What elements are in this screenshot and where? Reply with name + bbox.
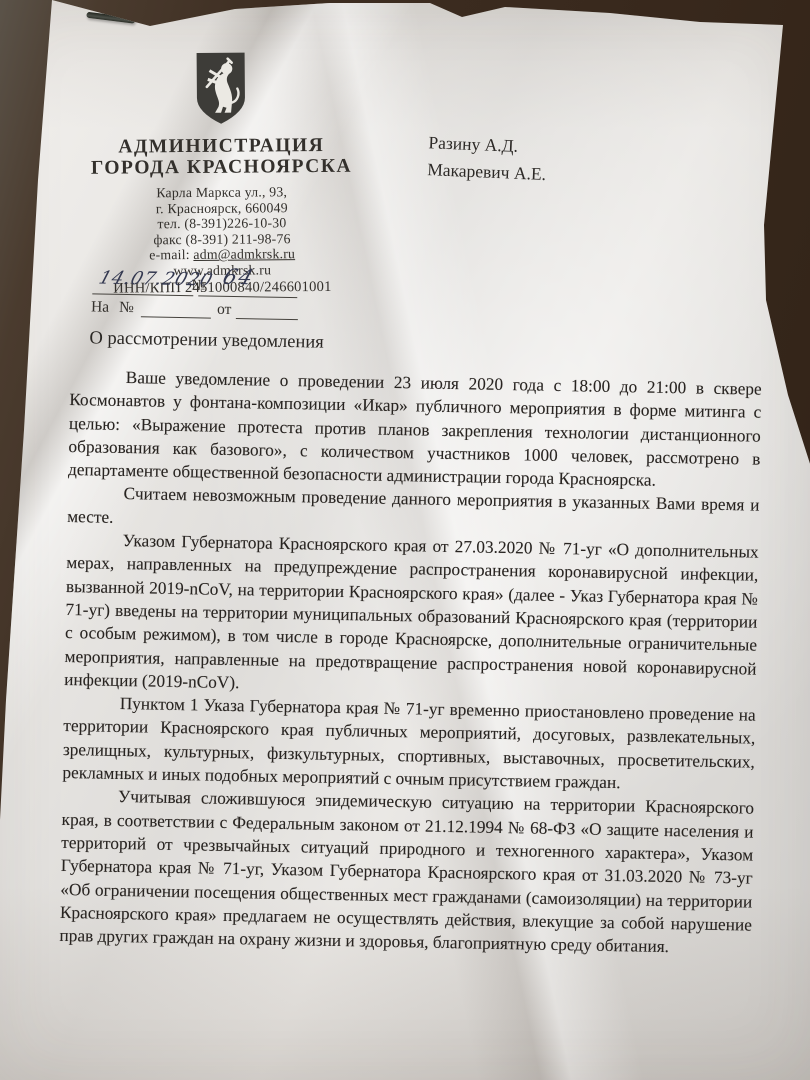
reply-no-sign: № xyxy=(119,299,134,316)
recipients-block: Разину А.Д. Макаревич А.Е. xyxy=(427,129,548,188)
document-paper: АДМИНИСТРАЦИЯ ГОРОДА КРАСНОЯРСКА Карла М… xyxy=(0,0,810,1080)
letterhead: АДМИНИСТРАЦИЯ ГОРОДА КРАСНОЯРСКА Карла М… xyxy=(49,49,395,296)
number-sign: № xyxy=(191,277,205,294)
organization-name: АДМИНИСТРАЦИЯ ГОРОДА КРАСНОЯРСКА xyxy=(49,134,393,179)
email-label: e-mail: xyxy=(149,247,193,262)
reply-date-underline xyxy=(236,318,298,320)
document-content: АДМИНИСТРАЦИЯ ГОРОДА КРАСНОЯРСКА Карла М… xyxy=(0,0,810,1080)
org-name-line1: АДМИНИСТРАЦИЯ xyxy=(49,134,393,158)
body-paragraph-3: Указом Губернатора Красноярского края от… xyxy=(64,528,759,704)
email-address: adm@admkrsk.ru xyxy=(193,247,295,263)
org-name-line2: ГОРОДА КРАСНОЯРСКА xyxy=(49,155,393,179)
krasnoyarsk-coat-of-arms-icon xyxy=(194,51,249,127)
body-paragraph-5: Учитывая сложившуюся эпидемическую ситуа… xyxy=(59,784,754,960)
number-underline xyxy=(198,295,297,298)
letter-body: Ваше уведомление о проведении 23 июля 20… xyxy=(59,365,762,960)
reply-number-underline xyxy=(141,316,211,318)
subject-line: О рассмотрении уведомления xyxy=(89,328,324,353)
reply-ot-label: от xyxy=(217,301,232,319)
body-paragraph-4: Пунктом 1 Указа Губернатора края № 71-уг… xyxy=(62,691,756,797)
letterhead-contacts: Карла Маркса ул., 93, г. Красноярск, 660… xyxy=(50,183,395,279)
staple xyxy=(86,12,135,24)
body-paragraph-1: Ваше уведомление о проведении 23 июля 20… xyxy=(68,365,762,494)
recipient-2: Макаревич А.Е. xyxy=(427,156,547,188)
reply-na-label: На xyxy=(91,298,109,315)
reply-reference-line: На№ xyxy=(91,298,134,317)
